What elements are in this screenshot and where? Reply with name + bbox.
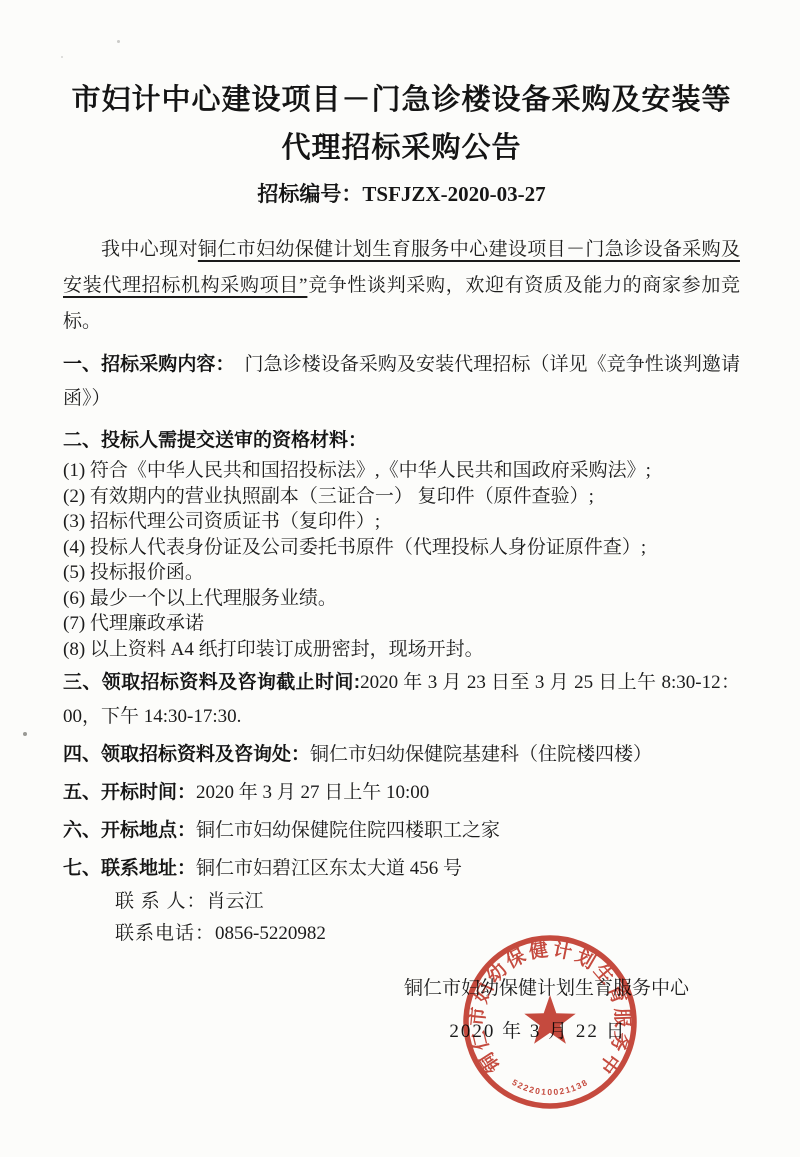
section-1-heading: 一、招标采购内容： <box>63 354 235 375</box>
document-title-line1: 市妇计中心建设项目－门急诊楼设备采购及安装等 <box>63 76 740 124</box>
section-7-text: 铜仁市妇碧江区东太大道 456 号 <box>196 858 462 879</box>
document-content: 市妇计中心建设项目－门急诊楼设备采购及安装等 代理招标采购公告 招标编号：TSF… <box>0 0 800 950</box>
document-title-line2: 代理招标采购公告 <box>63 124 740 172</box>
section-2-qualification-materials: 二、投标人需提交送审的资格材料： <box>63 424 740 458</box>
material-item-2: (2) 有效期内的营业执照副本（三证合一） 复印件（原件查验）; <box>63 484 740 510</box>
intro-lead: 我中心现对 <box>101 239 198 260</box>
document-page: 市妇计中心建设项目－门急诊楼设备采购及安装等 代理招标采购公告 招标编号：TSF… <box>0 0 800 1157</box>
section-7-heading: 七、联系地址： <box>63 858 196 879</box>
section-5-heading: 五、开标时间： <box>63 782 196 803</box>
intro-paragraph: 我中心现对铜仁市妇幼保健计划生育服务中心建设项目－门急诊设备采购及安装代理招标机… <box>63 232 740 340</box>
section-6-opening-place: 六、开标地点：铜仁市妇幼保健院住院四楼职工之家 <box>63 814 740 848</box>
material-item-6: (6) 最少一个以上代理服务业绩。 <box>63 586 740 612</box>
section-7-contact-address: 七、联系地址：铜仁市妇碧江区东太大道 456 号 <box>63 852 740 886</box>
section-3-deadline: 三、领取招标资料及咨询截止时间:2020 年 3 月 23 日至 3 月 25 … <box>63 666 740 734</box>
tender-number: 招标编号：TSFJZX-2020-03-27 <box>63 180 740 208</box>
section-4-text: 铜仁市妇幼保健院基建科（住院楼四楼） <box>310 744 652 765</box>
contact-person-row: 联 系 人：肖云江 <box>63 886 740 918</box>
material-item-4: (4) 投标人代表身份证及公司委托书原件（代理投标人身份证原件查）; <box>63 535 740 561</box>
signature-date: 2020 年 3 月 22 日 <box>404 1016 672 1043</box>
signature-organization: 铜仁市妇幼保健计划生育服务中心 <box>404 976 672 1002</box>
material-item-1: (1) 符合《中华人民共和国招投标法》,《中华人民共和国政府采购法》; <box>63 458 740 484</box>
seal-serial-number: 5222010021138 <box>510 1077 590 1097</box>
section-4-heading: 四、领取招标资料及咨询处： <box>63 744 310 765</box>
contact-phone-row: 联系电话：0856-5220982 <box>63 918 740 950</box>
seal-serial-container: 5222010021138 <box>510 1077 590 1097</box>
contact-phone-label: 联系电话： <box>115 923 215 944</box>
section-2-heading: 二、投标人需提交送审的资格材料： <box>63 430 367 451</box>
contact-person-label: 联 系 人： <box>115 891 207 912</box>
materials-list: (1) 符合《中华人民共和国招投标法》,《中华人民共和国政府采购法》; (2) … <box>63 458 740 662</box>
section-6-heading: 六、开标地点： <box>63 820 196 841</box>
section-1-procurement-content: 一、招标采购内容：门急诊楼设备采购及安装代理招标（详见《竞争性谈判邀请函》） <box>63 348 740 416</box>
material-item-5: (5) 投标报价函。 <box>63 560 740 586</box>
section-4-pickup-location: 四、领取招标资料及咨询处：铜仁市妇幼保健院基建科（住院楼四楼） <box>63 738 740 772</box>
contact-phone-number: 0856-5220982 <box>215 923 326 944</box>
material-item-3: (3) 招标代理公司资质证书（复印件）; <box>63 509 740 535</box>
signature-block: 铜仁市妇幼保健计划生育服务中心 2020 年 3 月 22 日 <box>404 976 672 1043</box>
scan-speck <box>117 40 120 43</box>
material-item-7: (7) 代理廉政承诺 <box>63 611 740 637</box>
section-5-text: 2020 年 3 月 27 日上午 10:00 <box>196 782 429 803</box>
section-5-opening-time: 五、开标时间：2020 年 3 月 27 日上午 10:00 <box>63 776 740 810</box>
section-6-text: 铜仁市妇幼保健院住院四楼职工之家 <box>196 820 500 841</box>
contact-person-name: 肖云江 <box>207 891 264 912</box>
section-3-heading: 三、领取招标资料及咨询截止时间: <box>63 672 360 693</box>
material-item-8: (8) 以上资料 A4 纸打印装订成册密封，现场开封。 <box>63 637 740 663</box>
scan-speck <box>23 732 27 736</box>
scan-speck <box>61 56 63 58</box>
